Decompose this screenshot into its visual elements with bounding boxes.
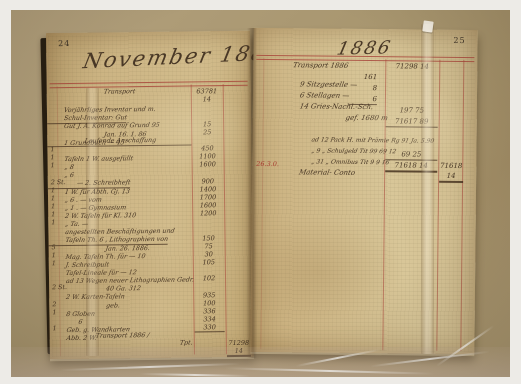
ledger-photo: 24 November 1886 Transport63781 14Vorjäh… (0, 0, 521, 384)
photo-vignette (11, 10, 510, 377)
